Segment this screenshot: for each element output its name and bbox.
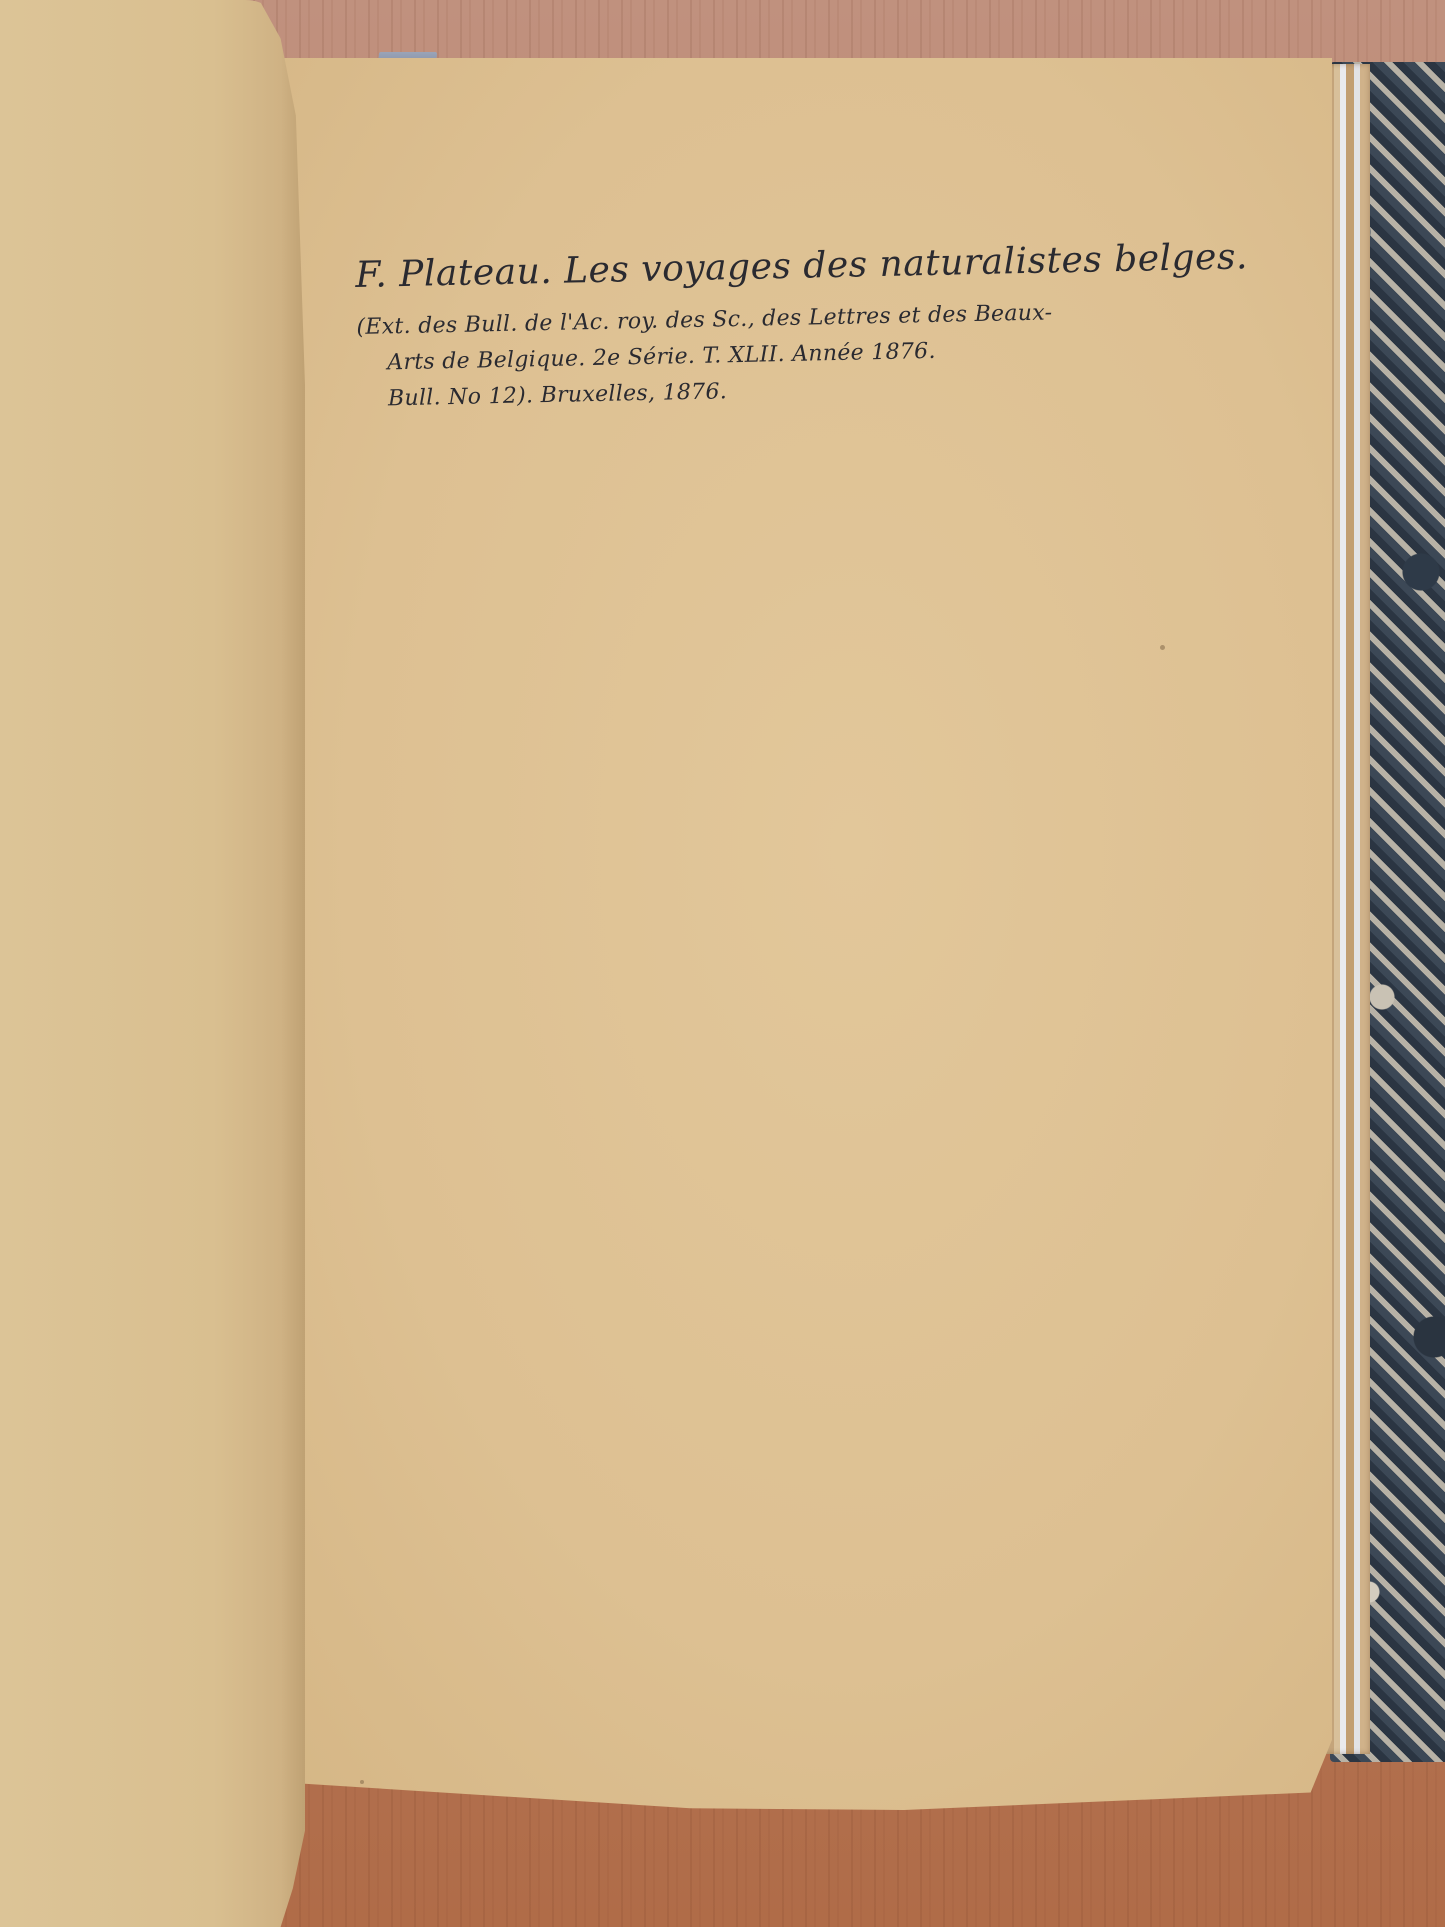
paper-speck <box>360 1780 364 1784</box>
left-page <box>0 0 305 1927</box>
note-citation: (Ext. des Bull. de l'Ac. roy. des Sc., d… <box>356 293 1158 418</box>
paper-speck <box>1160 645 1165 650</box>
handwritten-note: F. Plateau. Les voyages des naturalistes… <box>355 238 1158 418</box>
